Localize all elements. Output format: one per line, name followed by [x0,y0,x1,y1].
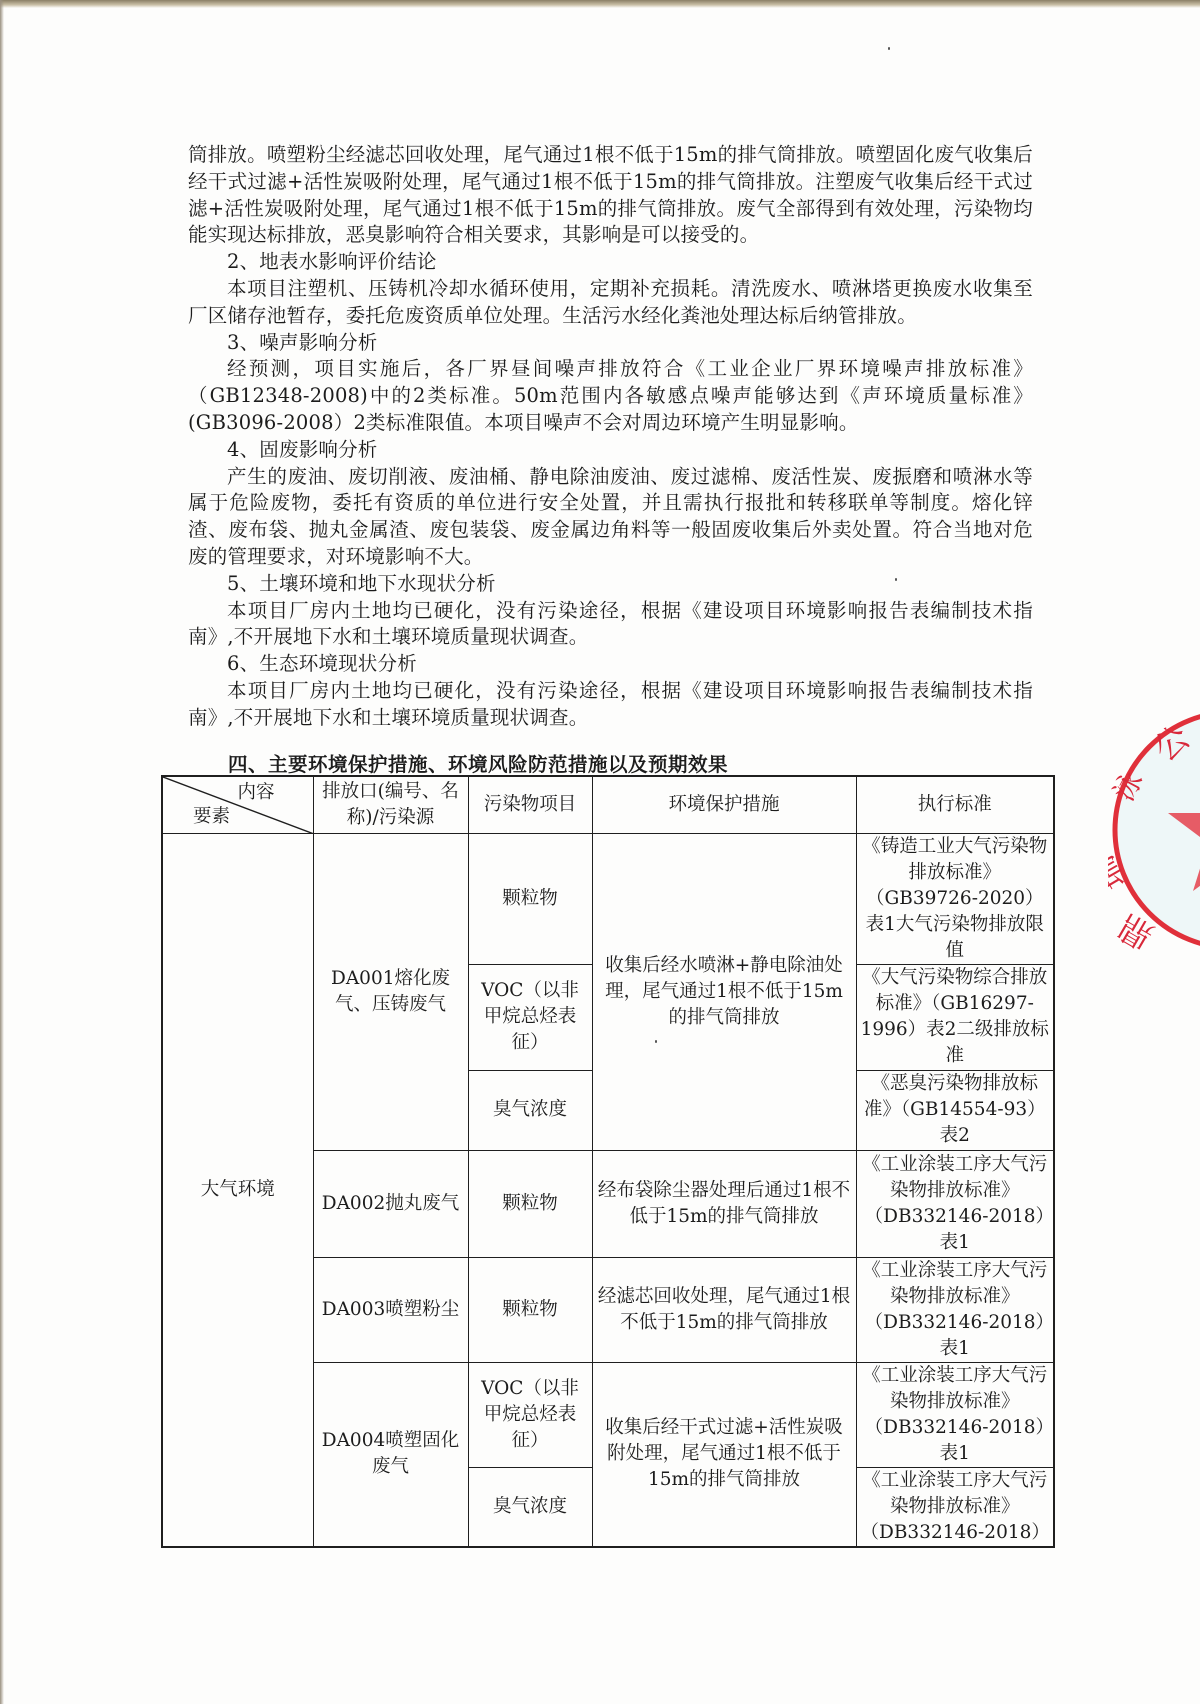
header-standard: 执行标准 [856,776,1054,833]
pollutant-cell: 颗粒物 [468,1257,592,1362]
scan-edge-top [0,0,1200,8]
pollutant-cell: 臭气浓度 [468,1070,592,1150]
pollutant-cell: 颗粒物 [468,833,592,964]
standard-cell: 《铸造工业大气污染物排放标准》（GB39726-2020）表1大气污染物排放限值 [856,833,1054,964]
table-row: 大气环境 DA001熔化废气、压铸废气 颗粒物 收集后经水喷淋+静电除油处理，尾… [162,833,1054,964]
source-cell: DA004喷塑固化废气 [313,1362,468,1547]
header-diagonal-cell: 内容 要素 [162,776,313,833]
paragraph-air-conclusion: 筒排放。喷塑粉尘经滤芯回收处理，尾气通过1根不低于15m的排气筒排放。喷塑固化废… [188,142,1033,249]
standard-cell: 《大气污染物综合排放标准》（GB16297-1996）表2二级排放标准 [856,964,1054,1070]
source-cell: DA002抛丸废气 [313,1150,468,1257]
standard-cell: 《工业涂装工序大气污染物排放标准》（DB332146-2018）表1 [856,1150,1054,1257]
paragraph-surface-water: 本项目注塑机、压铸机冷却水循环使用，定期补充损耗。清洗废水、喷淋塔更换废水收集至… [188,276,1033,330]
header-element-label: 要素 [193,804,230,830]
heading-solid-waste: 4、固废影响分析 [188,437,1033,464]
pollutant-cell: 臭气浓度 [468,1467,592,1547]
heading-noise: 3、噪声影响分析 [188,330,1033,357]
heading-soil-groundwater: 5、土壤环境和地下水现状分析 [188,571,1033,598]
header-source: 排放口(编号、名称)/污染源 [313,776,468,833]
header-pollutant: 污染物项目 [468,776,592,833]
header-content-label: 内容 [237,780,274,806]
heading-ecology: 6、生态环境现状分析 [188,651,1033,678]
measures-cell: 经滤芯回收处理，尾气通过1根不低于15m的排气筒排放 [592,1257,856,1362]
body-text: 筒排放。喷塑粉尘经滤芯回收处理，尾气通过1根不低于15m的排气筒排放。喷塑固化废… [188,142,1033,732]
standard-cell: 《工业涂装工序大气污染物排放标准》（DB332146-2018） [856,1467,1054,1547]
pollutant-cell: VOC（以非甲烷总烃表征） [468,1362,592,1467]
header-measures: 环境保护措施 [592,776,856,833]
source-cell: DA003喷塑粉尘 [313,1257,468,1362]
paragraph-solid-waste: 产生的废油、废切削液、废油桶、静电除油废油、废过滤棉、废活性炭、废振磨和喷淋水等… [188,464,1033,571]
table-header-row: 内容 要素 排放口(编号、名称)/污染源 污染物项目 环境保护措施 执行标准 [162,776,1054,833]
scan-speck [888,47,890,50]
standard-cell: 《工业涂装工序大气污染物排放标准》（DB332146-2018）表1 [856,1362,1054,1467]
environmental-measures-table: 内容 要素 排放口(编号、名称)/污染源 污染物项目 环境保护措施 执行标准 大… [161,775,1055,1548]
element-cell: 大气环境 [162,833,313,1547]
heading-surface-water: 2、地表水影响评价结论 [188,249,1033,276]
paragraph-noise: 经预测，项目实施后，各厂界昼间噪声排放符合《工业企业厂界环境噪声排放标准》（GB… [188,356,1033,436]
measures-cell: 经布袋除尘器处理后通过1根不低于15m的排气筒排放 [592,1150,856,1257]
standard-cell: 《工业涂装工序大气污染物排放标准》（DB332146-2018）表1 [856,1257,1054,1362]
measures-cell: 收集后经水喷淋+静电除油处理，尾气通过1根不低于15m的排气筒排放 [592,833,856,1150]
paragraph-soil-groundwater: 本项目厂房内土地均已硬化，没有污染途径，根据《建设项目环境影响报告表编制技术指南… [188,598,1033,652]
company-seal-stamp: 公 泳 瑞 鼎 [1108,705,1200,955]
pollutant-cell: 颗粒物 [468,1150,592,1257]
standard-cell: 《恶臭污染物排放标准》（GB14554-93）表2 [856,1070,1054,1150]
section-title: 四、主要环境保护措施、环境风险防范措施以及预期效果 [228,749,728,777]
pollutant-cell: VOC（以非甲烷总烃表征） [468,964,592,1070]
measures-cell: 收集后经干式过滤+活性炭吸附处理，尾气通过1根不低于15m的排气筒排放 [592,1362,856,1547]
source-cell: DA001熔化废气、压铸废气 [313,833,468,1150]
scan-edge-left [0,0,4,1704]
paragraph-ecology: 本项目厂房内土地均已硬化，没有污染途径，根据《建设项目环境影响报告表编制技术指南… [188,678,1033,732]
